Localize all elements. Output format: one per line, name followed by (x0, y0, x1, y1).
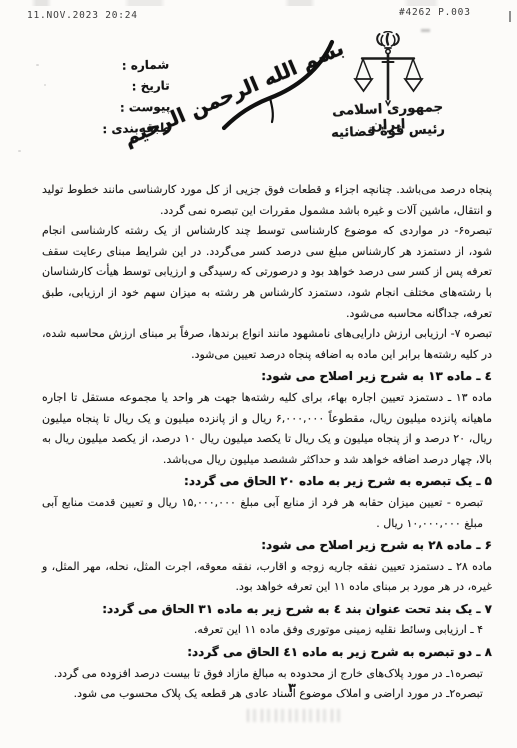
iran-judiciary-scales-emblem-icon (351, 31, 425, 107)
body-paragraph: تبصره - تعیین میزان حقابه هر فرد از مناب… (42, 493, 492, 534)
footer-scan-smudge (247, 709, 345, 722)
body-paragraph: پنجاه درصد می‌باشد. چنانچه اجزاء و قطعات… (42, 180, 492, 221)
body-paragraph: ماده ۱۳ ـ دستمزد تعیین اجاره بهاء، برای … (42, 388, 492, 470)
fax-page-code: #4262 P.003 (399, 7, 471, 18)
scan-speck (44, 84, 46, 86)
bismillah-calligraphy: بسم الله الرحمن الرحیم (200, 36, 350, 136)
body-paragraph: ماده ۲۸ ـ دستمزد تعیین نفقه جاریه زوجه و… (42, 557, 492, 598)
scanned-fax-document-page: 11.NOV.2023 20:24 #4262 P.003 (0, 0, 517, 748)
body-paragraph: تبصره ۷- ارزیابی ارزش دارایی‌های نامشهود… (42, 324, 492, 365)
amendment-heading: ٤ ـ ماده ۱۳ به شرح زیر اصلاح می شود: (42, 366, 492, 387)
field-label-classification: طبقه‌بندی : (53, 117, 172, 141)
amendment-heading: ۸ ـ دو تبصره به شرح زیر به ماده ٤۱ الحاق… (42, 642, 492, 663)
scan-speck (36, 64, 39, 66)
amendment-heading: ۷ ـ یک بند تحت عنوان بند ٤ به شرح زیر به… (42, 599, 492, 620)
letterhead-fields: شماره : تاریخ : پیوست : طبقه‌بندی : (51, 54, 171, 141)
amendment-heading: ۶ ـ ماده ۲۸ به شرح زیر اصلاح می شود: (42, 535, 492, 556)
document-body: پنجاه درصد می‌باشد. چنانچه اجزاء و قطعات… (42, 180, 492, 705)
fax-timestamp: 11.NOV.2023 20:24 (27, 10, 138, 21)
page-number: ۳ (262, 681, 322, 696)
body-paragraph: ۴ ـ ارزیابی وسائط نقلیه زمینی موتوری وفق… (42, 620, 492, 641)
body-paragraph: تبصره۶- در مواردی که موضوع کارشناسی توسط… (42, 221, 492, 324)
amendment-heading: ۵ ـ یک تبصره به شرح زیر به ماده ۲۰ الحاق… (42, 471, 492, 492)
scan-edge-artifact (509, 11, 511, 22)
scan-speck (18, 150, 21, 152)
